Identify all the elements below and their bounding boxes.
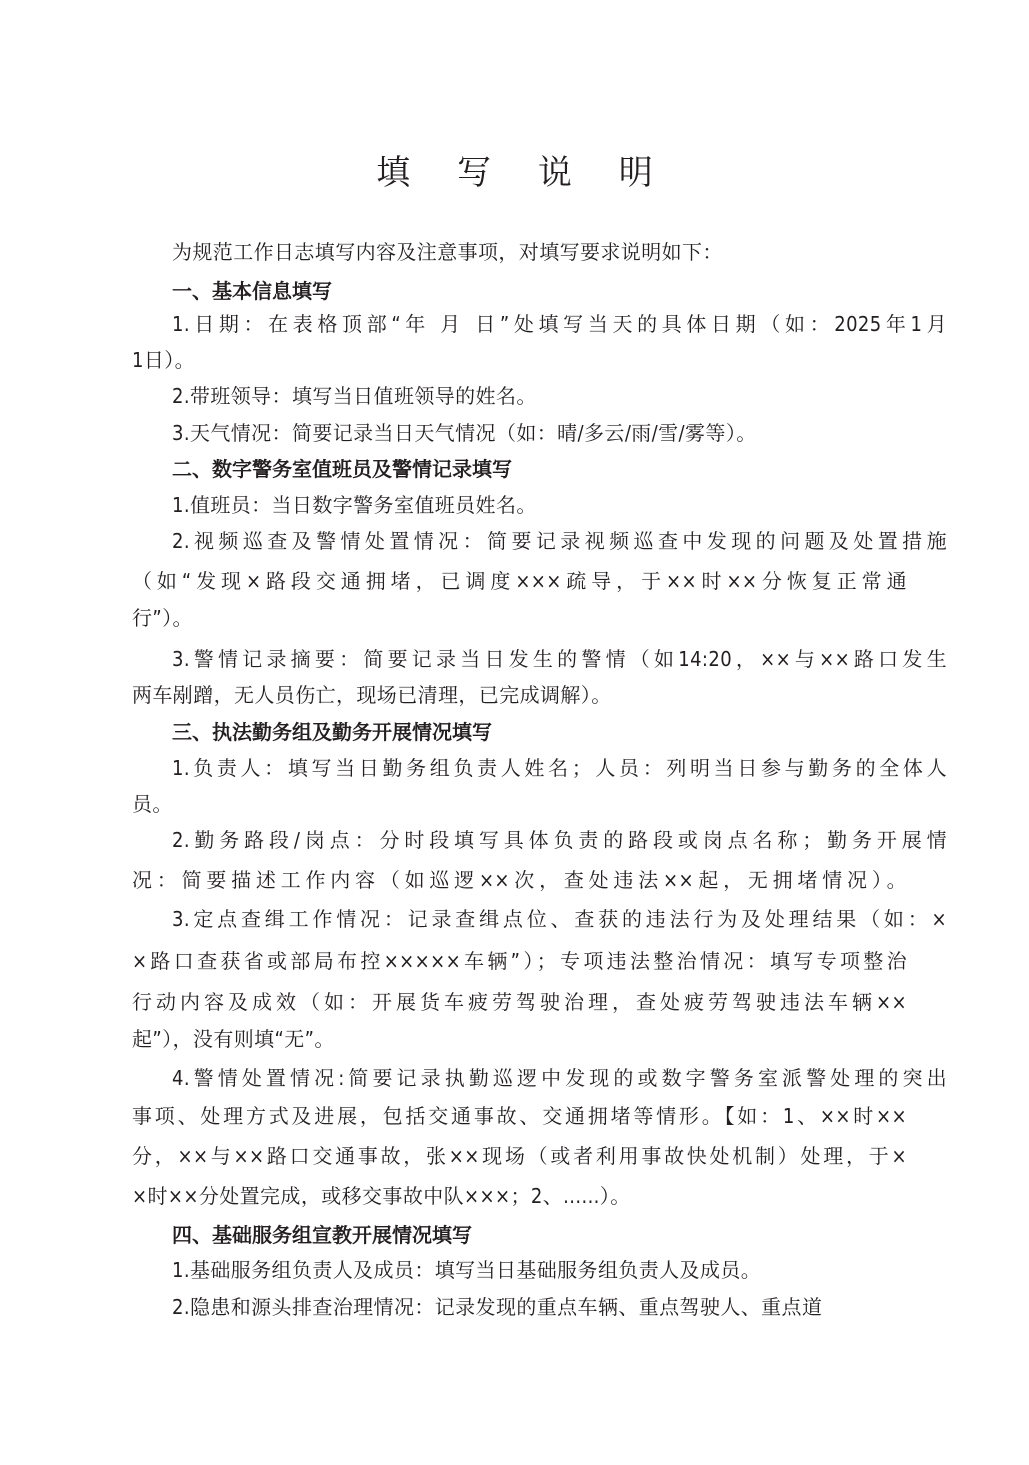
paragraph-line: 2.勤务路段/岗点：分时段填写具体负责的路段或岗点名称；勤务开展情 bbox=[172, 825, 947, 855]
paragraph-line: （如“发现×路段交通拥堵，已调度×××疏导，于××时××分恢复正常通 bbox=[132, 566, 907, 596]
paragraph-line: 况：简要描述工作内容（如巡逻××次，查处违法××起，无拥堵情况）。 bbox=[132, 865, 907, 895]
paragraph-line: 行”）。 bbox=[132, 603, 907, 633]
paragraph-line: 两车剐蹭，无人员伤亡，现场已清理，已完成调解）。 bbox=[132, 680, 907, 710]
section-heading-digital-police-room: 二、数字警务室值班员及警情记录填写 bbox=[172, 454, 947, 484]
document-page: 填 写 说 明 为规范工作日志填写内容及注意事项，对填写要求说明如下： 一、基本… bbox=[0, 0, 1029, 1465]
paragraph-line: 1.基础服务组负责人及成员：填写当日基础服务组负责人及成员。 bbox=[172, 1255, 947, 1285]
paragraph-line: 1.负责人：填写当日勤务组负责人姓名；人员：列明当日参与勤务的全体人 bbox=[172, 753, 947, 783]
paragraph-line: 起”），没有则填“无”。 bbox=[132, 1024, 907, 1054]
paragraph-line: 2.带班领导：填写当日值班领导的姓名。 bbox=[172, 381, 947, 411]
paragraph-line: 事项、处理方式及进展，包括交通事故、交通拥堵等情形。【如：1、××时×× bbox=[132, 1101, 907, 1131]
intro-paragraph: 为规范工作日志填写内容及注意事项，对填写要求说明如下： bbox=[172, 237, 947, 267]
section-heading-basic-info: 一、基本信息填写 bbox=[172, 276, 947, 306]
paragraph-line: 3.警情记录摘要：简要记录当日发生的警情（如14:20，××与××路口发生 bbox=[172, 644, 947, 674]
paragraph-line: 2.隐患和源头排查治理情况：记录发现的重点车辆、重点驾驶人、重点道 bbox=[172, 1292, 876, 1322]
page-title: 填 写 说 明 bbox=[0, 148, 1029, 198]
paragraph-line: 行动内容及成效（如：开展货车疲劳驾驶治理，查处疲劳驾驶违法车辆×× bbox=[132, 987, 907, 1017]
paragraph-line: ×路口查获省或部局布控×××××车辆”）；专项违法整治情况：填写专项整治 bbox=[132, 946, 907, 976]
paragraph-line: 3.天气情况：简要记录当日天气情况（如：晴/多云/雨/雪/雾等）。 bbox=[172, 418, 947, 448]
section-heading-law-enforcement: 三、执法勤务组及勤务开展情况填写 bbox=[172, 717, 947, 747]
paragraph-line: 员。 bbox=[132, 789, 907, 819]
section-heading-basic-service: 四、基础服务组宣教开展情况填写 bbox=[172, 1220, 947, 1250]
paragraph-line: 4.警情处置情况:简要记录执勤巡逻中发现的或数字警务室派警处理的突出 bbox=[172, 1063, 947, 1093]
paragraph-line: 1.日期：在表格顶部“年 月 日”处填写当天的具体日期（如：2025年1月 bbox=[172, 309, 947, 339]
paragraph-line: 2.视频巡查及警情处置情况：简要记录视频巡查中发现的问题及处置措施 bbox=[172, 526, 947, 556]
paragraph-line: 1日）。 bbox=[132, 345, 907, 375]
paragraph-line: ×时××分处置完成，或移交事故中队×××；2、......）。 bbox=[132, 1181, 907, 1211]
paragraph-line: 分，××与××路口交通事故，张××现场（或者利用事故快处机制）处理，于× bbox=[132, 1141, 907, 1171]
paragraph-line: 3.定点查缉工作情况：记录查缉点位、查获的违法行为及处理结果（如：× bbox=[172, 904, 947, 934]
paragraph-line: 1.值班员：当日数字警务室值班员姓名。 bbox=[172, 490, 947, 520]
